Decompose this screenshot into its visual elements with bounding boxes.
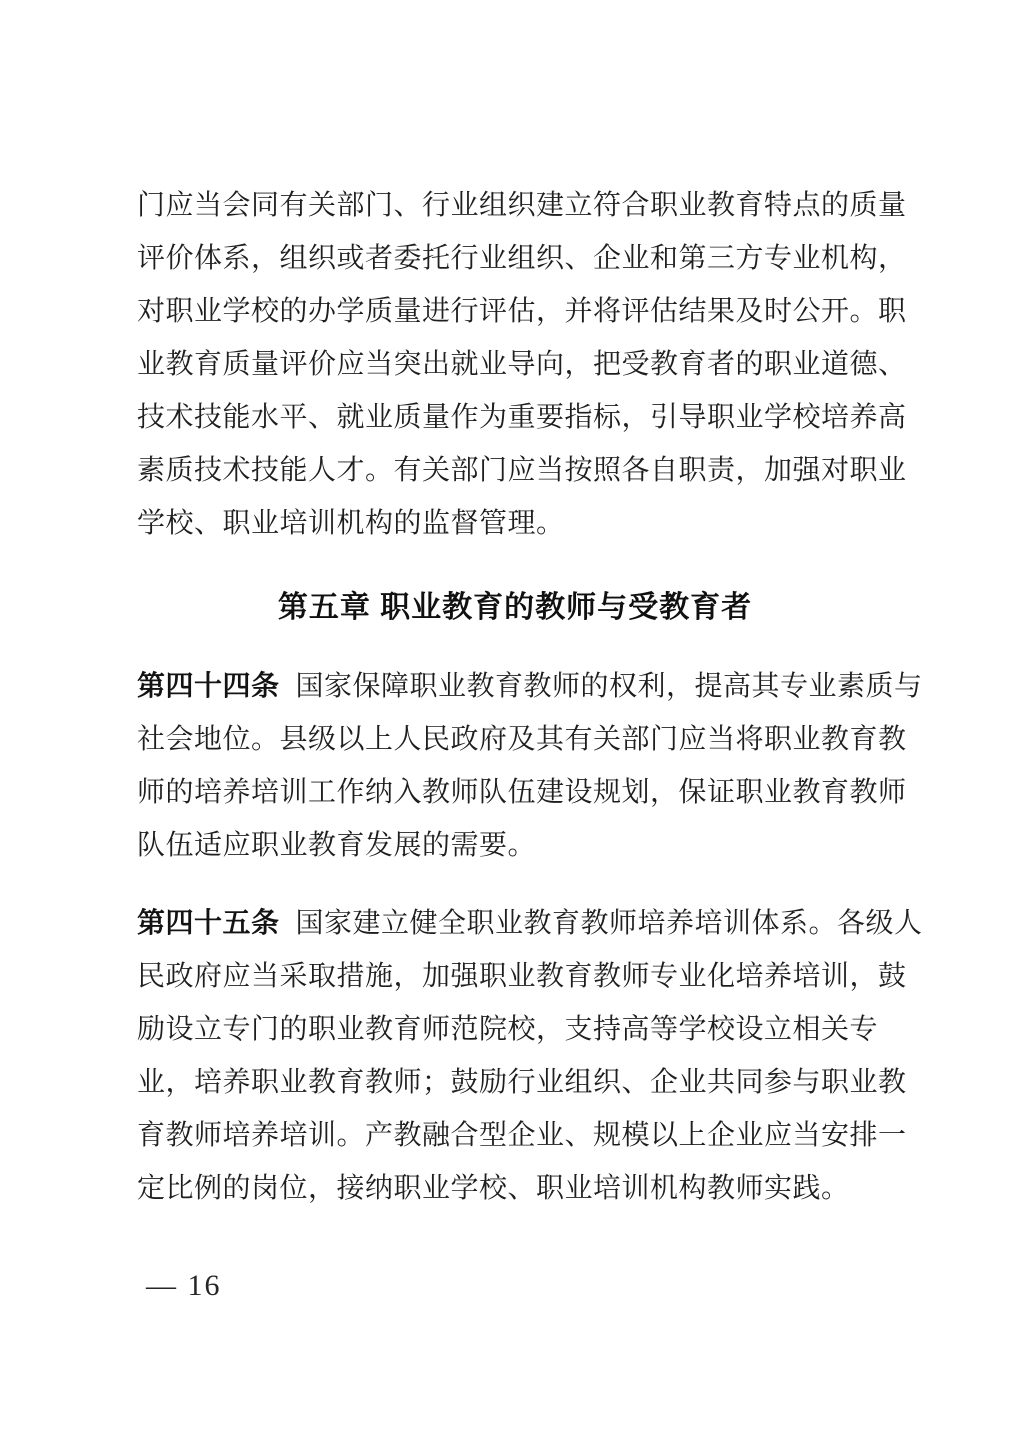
text-line: 业教育质量评价应当突出就业导向，把受教育者的职业道德、 — [137, 338, 893, 391]
article-45-first-line: 第四十五条国家建立健全职业教育教师培养培训体系。各级人 — [137, 897, 893, 950]
text-line: 励设立专门的职业教育师范院校，支持高等学校设立相关专 — [137, 1003, 893, 1056]
text-line: 育教师培养培训。产教融合型企业、规模以上企业应当安排一 — [137, 1109, 893, 1162]
article-44-label: 第四十四条 — [137, 671, 280, 702]
text-line: 定比例的岗位，接纳职业学校、职业培训机构教师实践。 — [137, 1162, 893, 1215]
page-number: — 16 — [146, 1268, 222, 1304]
text-line: 社会地位。县级以上人民政府及其有关部门应当将职业教育教 — [137, 713, 893, 766]
article-45-label: 第四十五条 — [137, 908, 280, 939]
article-44-first-line: 第四十四条国家保障职业教育教师的权利，提高其专业素质与 — [137, 660, 893, 713]
article-44-first-text: 国家保障职业教育教师的权利，提高其专业素质与 — [296, 671, 923, 702]
article-45-first-text: 国家建立健全职业教育教师培养培训体系。各级人 — [296, 908, 923, 939]
article-44-body: 社会地位。县级以上人民政府及其有关部门应当将职业教育教师的培养培训工作纳入教师队… — [137, 713, 893, 872]
text-line: 学校、职业培训机构的监督管理。 — [137, 497, 893, 550]
text-line: 业，培养职业教育教师；鼓励行业组织、企业共同参与职业教 — [137, 1056, 893, 1109]
article-45: 第四十五条国家建立健全职业教育教师培养培训体系。各级人 民政府应当采取措施，加强… — [137, 897, 893, 1215]
text-line: 队伍适应职业教育发展的需要。 — [137, 819, 893, 872]
article-45-body: 民政府应当采取措施，加强职业教育教师专业化培养培训，鼓励设立专门的职业教育师范院… — [137, 950, 893, 1215]
text-line: 评价体系，组织或者委托行业组织、企业和第三方专业机构， — [137, 232, 893, 285]
text-line: 技术技能水平、就业质量作为重要指标，引导职业学校培养高 — [137, 391, 893, 444]
text-line: 素质技术技能人才。有关部门应当按照各自职责，加强对职业 — [137, 444, 893, 497]
text-line: 门应当会同有关部门、行业组织建立符合职业教育特点的质量 — [137, 179, 893, 232]
continuation-paragraph: 门应当会同有关部门、行业组织建立符合职业教育特点的质量评价体系，组织或者委托行业… — [137, 179, 893, 550]
text-line: 对职业学校的办学质量进行评估，并将评估结果及时公开。职 — [137, 285, 893, 338]
chapter-heading: 第五章 职业教育的教师与受教育者 — [137, 581, 893, 634]
text-line: 民政府应当采取措施，加强职业教育教师专业化培养培训，鼓 — [137, 950, 893, 1003]
text-line: 师的培养培训工作纳入教师队伍建设规划，保证职业教育教师 — [137, 766, 893, 819]
document-page: 门应当会同有关部门、行业组织建立符合职业教育特点的质量评价体系，组织或者委托行业… — [137, 179, 893, 1215]
article-44: 第四十四条国家保障职业教育教师的权利，提高其专业素质与 社会地位。县级以上人民政… — [137, 660, 893, 872]
